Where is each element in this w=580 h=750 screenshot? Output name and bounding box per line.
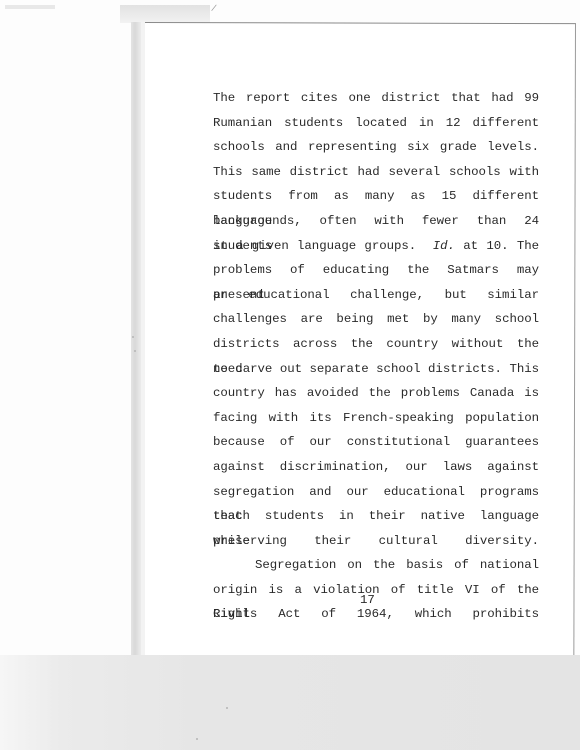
scan-speck: [134, 350, 136, 352]
text-line: backgrounds, often with fewer than 24 st…: [213, 209, 539, 234]
text-line: origin is a violation of title VI of the…: [213, 578, 539, 603]
text-line: to carve out separate school districts. …: [213, 357, 539, 382]
body-text: The report cites one district that had 9…: [213, 86, 539, 627]
scan-artifact-top-strip: [120, 5, 210, 23]
page-number: 17: [360, 593, 375, 607]
text-line: students from as many as 15 different la…: [213, 184, 539, 209]
page-binding-edge: [131, 22, 141, 656]
citation-rest: at 10. The: [455, 239, 539, 253]
text-line: The report cites one district that had 9…: [213, 86, 539, 111]
text-line-with-citation: in a given language groups. Id. at 10. T…: [213, 234, 539, 259]
text-line: schools and representing six grade level…: [213, 135, 539, 160]
text-fragment: in a given language groups.: [213, 239, 416, 253]
scan-mark: /: [210, 4, 217, 15]
paragraph-start-line: Segregation on the basis of national: [213, 553, 539, 578]
text-line: facing with its French-speaking populati…: [213, 406, 539, 431]
scan-speck: [132, 336, 134, 338]
scanner-background: [0, 655, 580, 750]
scan-speck: [196, 738, 198, 740]
text-line: challenges are being met by many school: [213, 307, 539, 332]
text-line: an educational challenge, but similar: [213, 283, 539, 308]
text-line: segregation and our educational programs…: [213, 480, 539, 505]
text-line: Rights Act of 1964, which prohibits: [213, 602, 539, 627]
page-left-margin-shadow: [141, 22, 145, 656]
text-line: teach students in their native language …: [213, 504, 539, 529]
scan-speck: [226, 707, 228, 709]
text-line: because of our constitutional guarantees: [213, 430, 539, 455]
text-line: This same district had several schools w…: [213, 160, 539, 185]
scan-artifact-top-left: [5, 5, 55, 9]
text-line: Rumanian students located in 12 differen…: [213, 111, 539, 136]
text-line: country has avoided the problems Canada …: [213, 381, 539, 406]
citation-id: Id.: [433, 239, 455, 253]
text-line: against discrimination, our laws against: [213, 455, 539, 480]
text-line: preserving their cultural diversity.: [213, 529, 539, 554]
text-line: districts across the country without the…: [213, 332, 539, 357]
text-line: problems of educating the Satmars may pr…: [213, 258, 539, 283]
